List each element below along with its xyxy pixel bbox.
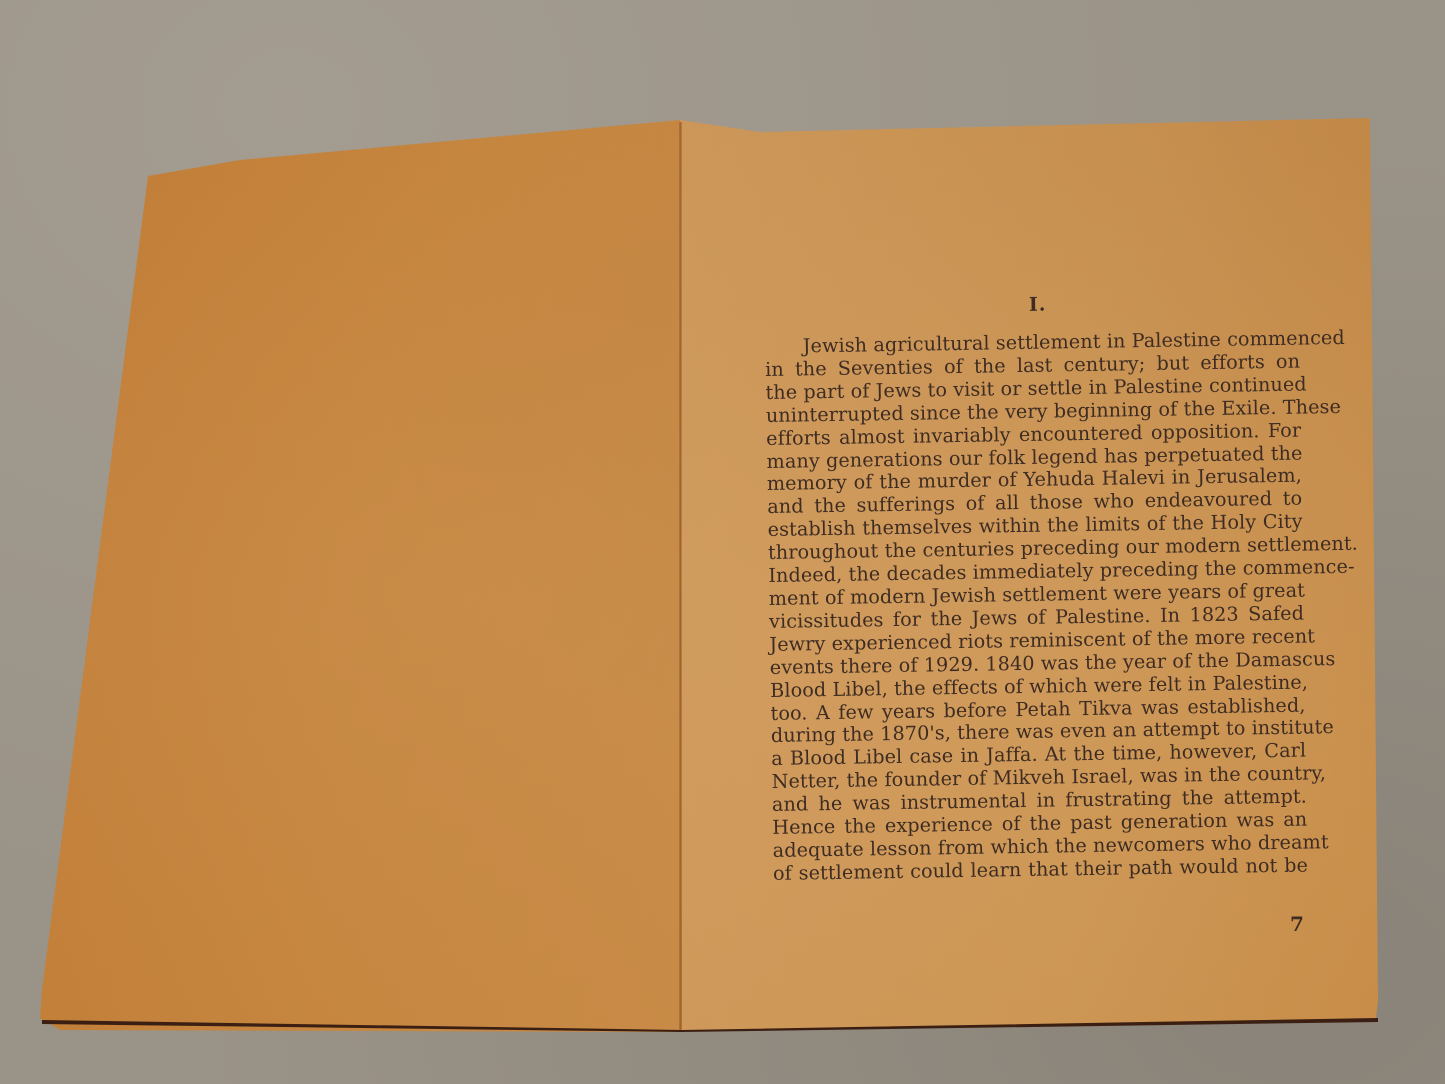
open-booklet: I. Jewish agricultural settlement in Pal… [0, 0, 1445, 1084]
page-number: 7 [1290, 912, 1304, 936]
right-page-text-block: I. Jewish agricultural settlement in Pal… [764, 290, 1308, 886]
book-spine-gutter [679, 122, 682, 1030]
